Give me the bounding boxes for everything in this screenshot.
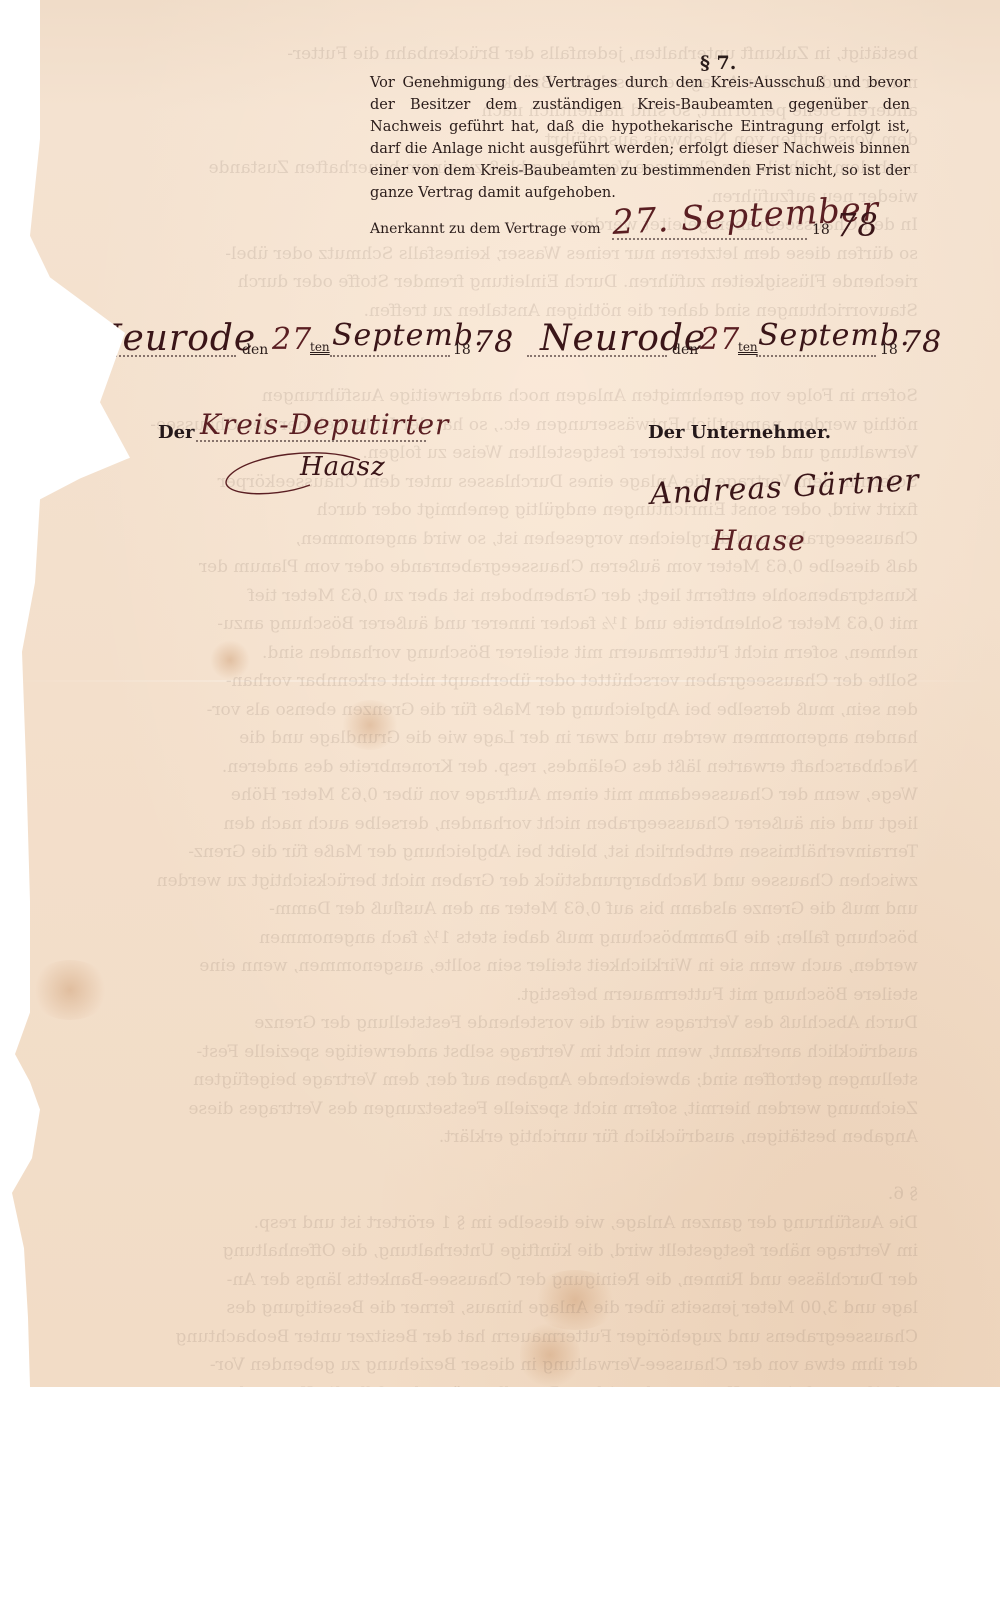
bleed-through-text: bestätigt, in Zukunft unterhalten, jeden… [88, 40, 918, 1387]
left-role-prefix: Der [158, 422, 195, 443]
right-signature-2: Haase [712, 524, 806, 557]
year-prefix: 18 [812, 222, 830, 238]
left-role-handwritten: Kreis-Deputirter [200, 408, 449, 441]
left-year-suffix: 78 [474, 325, 514, 360]
right-role: Der Unternehmer. [648, 422, 831, 443]
right-year-prefix: 18 [880, 342, 898, 358]
document-page: bestätigt, in Zukunft unterhalten, jeden… [0, 0, 1000, 1387]
right-month-dotted-line [756, 355, 876, 357]
acknowledgement-label: Anerkannt zu dem Vertrage vom [370, 221, 601, 237]
right-den-label: den [672, 342, 698, 358]
right-year-suffix: 78 [902, 325, 942, 360]
left-den-label: den [242, 342, 268, 358]
left-year-prefix: 18 [453, 342, 471, 358]
right-day: 27 [700, 322, 740, 357]
section-paragraph: Vor Genehmigung des Vertrages durch den … [370, 72, 910, 204]
section-title: § 7. [700, 52, 736, 74]
year-suffix: 78 [836, 206, 879, 244]
left-place: Neurode [90, 318, 256, 359]
left-month-dotted-line [330, 355, 450, 357]
left-ten-label: ten [310, 340, 330, 354]
signature-flourish [210, 440, 370, 510]
right-ten-label: ten [738, 340, 758, 354]
left-day: 27 [272, 322, 312, 357]
